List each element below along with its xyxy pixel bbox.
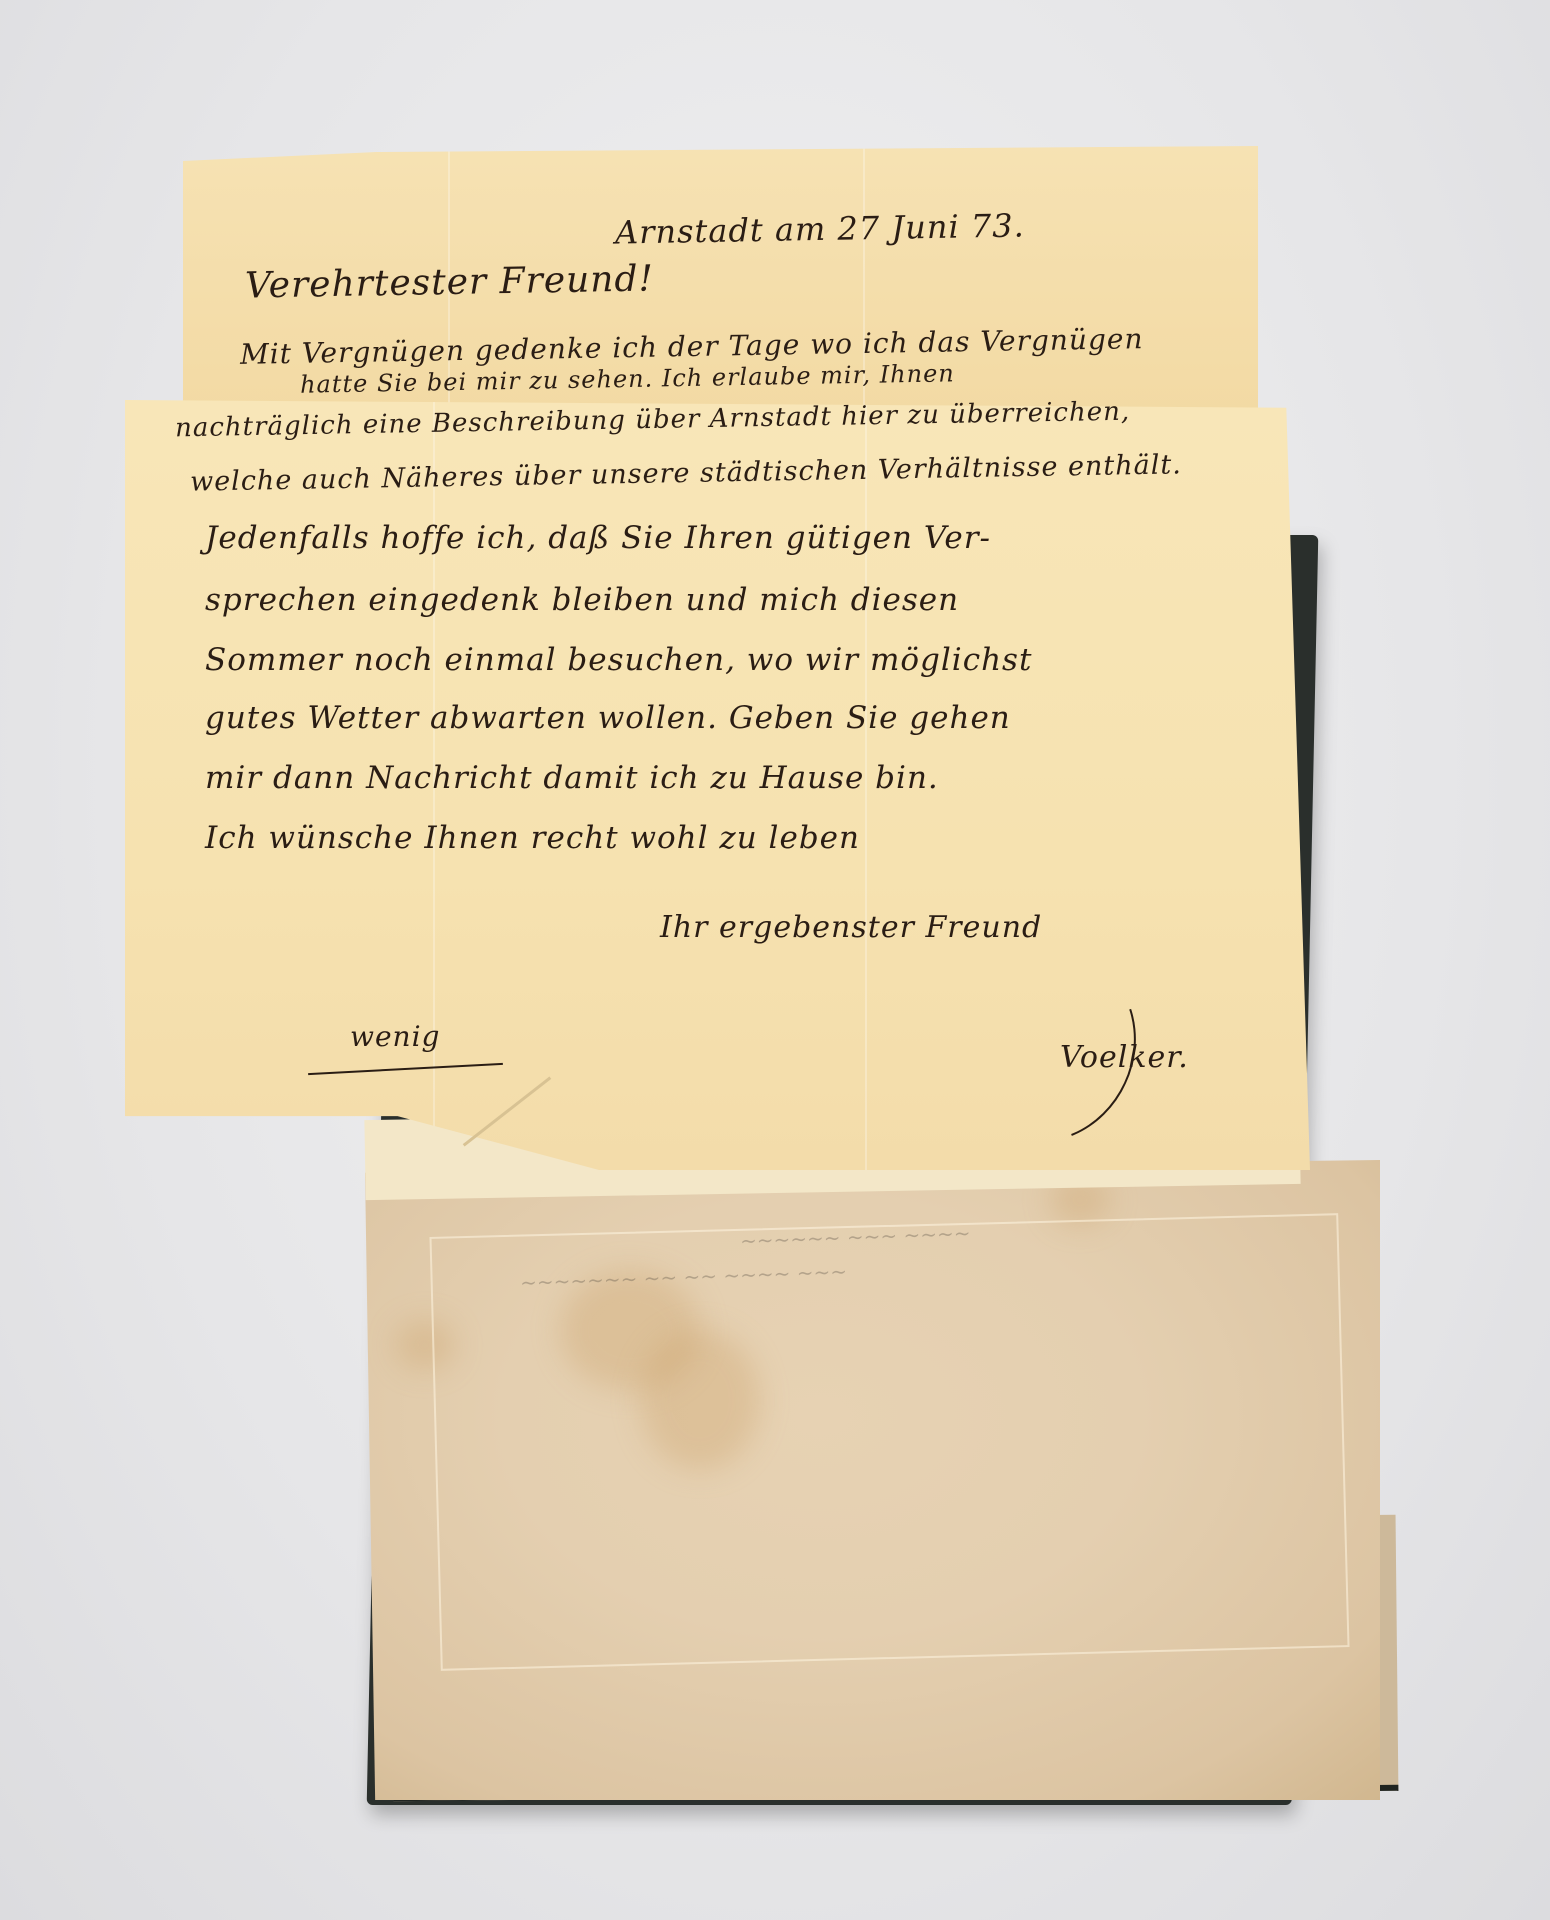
letter-postscript: wenig xyxy=(350,1020,440,1053)
letter-closing: Ihr ergebenster Freund xyxy=(660,910,1042,945)
letter-dateline: Arnstadt am 27 Juni 73. xyxy=(615,206,1025,251)
letter-body-line: sprechen eingedenk bleiben und mich dies… xyxy=(205,582,959,618)
letter-body-line: Jedenfalls hoffe ich, daß Sie Ihren güti… xyxy=(205,520,991,556)
letter-body-line: gutes Wetter abwarten wollen. Geben Sie … xyxy=(205,700,1011,736)
letter-salutation: Verehrtester Freund! xyxy=(245,258,655,306)
letter-body-line: Ich wünsche Ihnen recht wohl zu leben xyxy=(205,820,860,856)
letter-body-line: mir dann Nachricht damit ich zu Hause bi… xyxy=(205,760,939,796)
letter-body-line: Sommer noch einmal besuchen, wo wir mögl… xyxy=(205,642,1032,678)
